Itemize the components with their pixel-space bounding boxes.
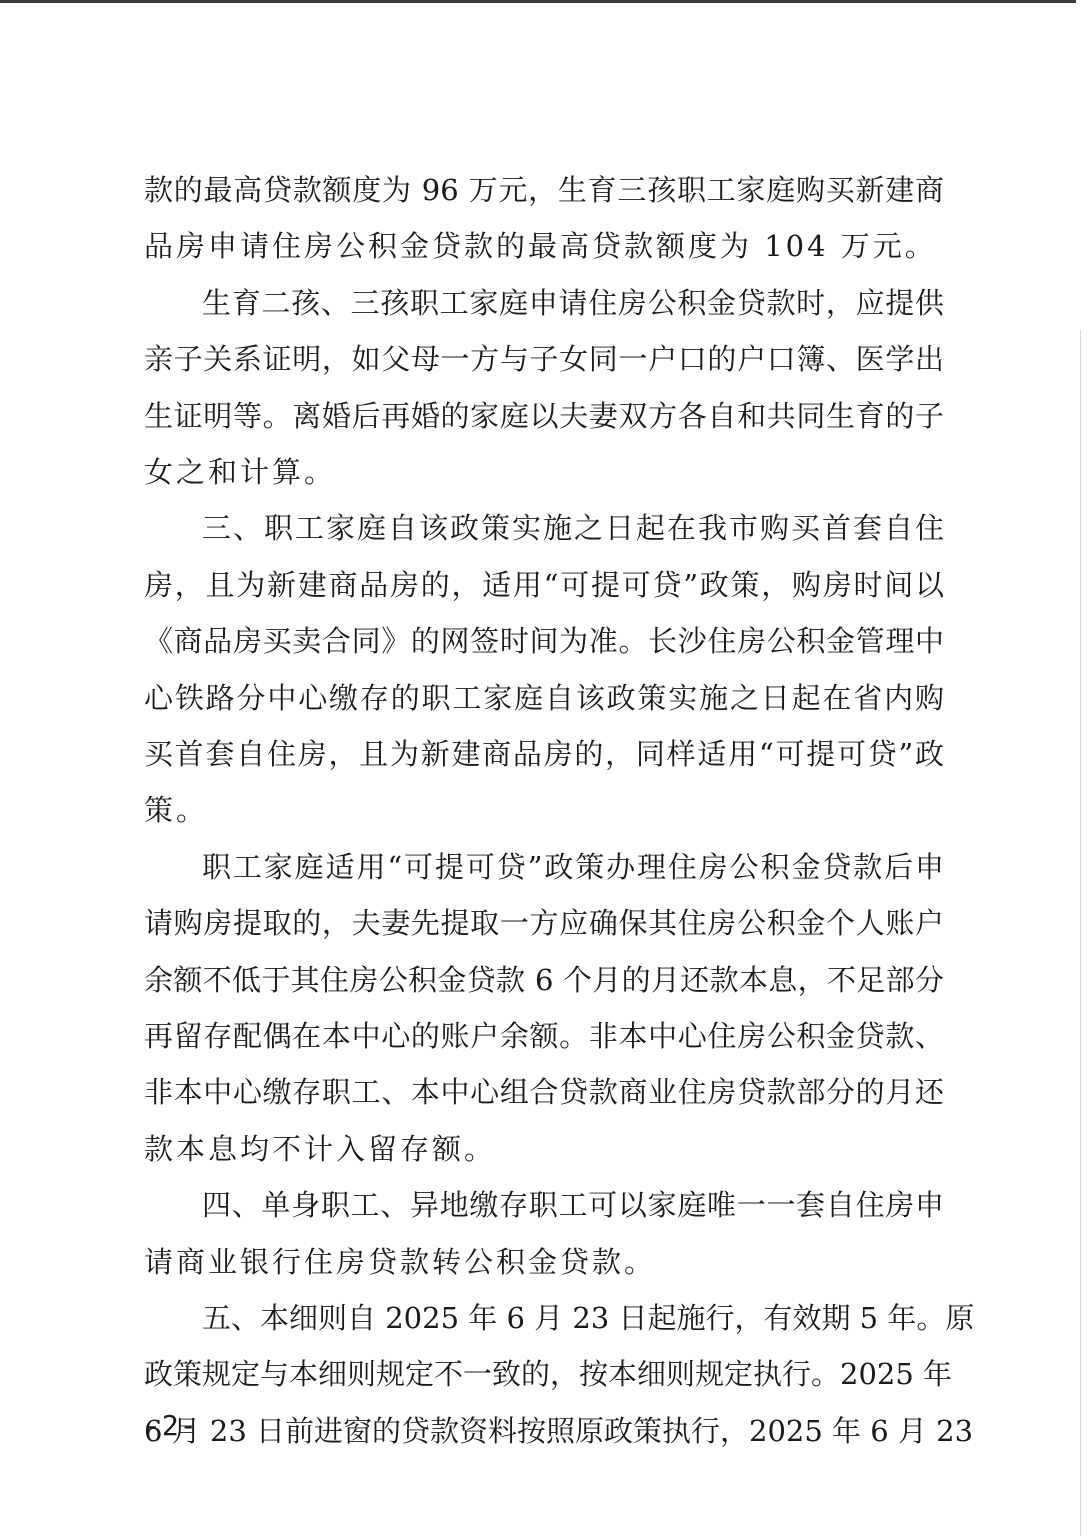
text-line: 6 月 23 日前进窗的贷款资料按照原政策执行，2025 年 6 月 23 bbox=[144, 1411, 944, 1451]
text-line: 请购房提取的，夫妻先提取一方应确保其住房公积金个人账户 bbox=[144, 903, 944, 943]
scan-right-edge bbox=[1080, 330, 1081, 1536]
text-line: 三、职工家庭自该政策实施之日起在我市购买首套自住 bbox=[202, 508, 944, 548]
text-line: 《商品房买卖合同》的网签时间为准。长沙住房公积金管理中 bbox=[144, 621, 944, 661]
text-line: 策。 bbox=[144, 790, 208, 830]
text-line: 房，且为新建商品房的，适用“可提可贷”政策，购房时间以 bbox=[144, 565, 944, 605]
text-line: 政策规定与本细则规定不一致的，按本细则规定执行。2025 年 bbox=[144, 1354, 944, 1394]
text-line: 生证明等。离婚后再婚的家庭以夫妻双方各自和共同生育的子 bbox=[144, 396, 944, 436]
text-line: 品房申请住房公积金贷款的最高贷款额度为 104 万元。 bbox=[144, 226, 937, 266]
text-line: 四、单身职工、异地缴存职工可以家庭唯一一套自住房申 bbox=[202, 1185, 944, 1225]
text-line: 职工家庭适用“可提可贷”政策办理住房公积金贷款后申 bbox=[202, 847, 944, 887]
scan-top-edge bbox=[0, 0, 1076, 3]
text-line: 请商业银行住房贷款转公积金贷款。 bbox=[144, 1242, 656, 1282]
text-line: 亲子关系证明，如父母一方与子女同一户口的户口簿、医学出 bbox=[144, 339, 944, 379]
text-line: 五、本细则自 2025 年 6 月 23 日起施行，有效期 5 年。原 bbox=[202, 1298, 944, 1338]
text-line: 买首套自住房，且为新建商品房的，同样适用“可提可贷”政 bbox=[144, 734, 944, 774]
text-line: 款的最高贷款额度为 96 万元，生育三孩职工家庭购买新建商 bbox=[144, 170, 944, 210]
text-line: 女之和计算。 bbox=[144, 452, 336, 492]
text-line: 心铁路分中心缴存的职工家庭自该政策实施之日起在省内购 bbox=[144, 678, 944, 718]
page-number: -2- bbox=[144, 1406, 198, 1446]
text-line: 生育二孩、三孩职工家庭申请住房公积金贷款时，应提供 bbox=[202, 283, 944, 323]
text-line: 再留存配偶在本中心的账户余额。非本中心住房公积金贷款、 bbox=[144, 1016, 944, 1056]
text-line: 余额不低于其住房公积金贷款 6 个月的月还款本息，不足部分 bbox=[144, 960, 944, 1000]
text-line: 款本息均不计入留存额。 bbox=[144, 1129, 496, 1169]
text-line: 非本中心缴存职工、本中心组合贷款商业住房贷款部分的月还 bbox=[144, 1072, 944, 1112]
